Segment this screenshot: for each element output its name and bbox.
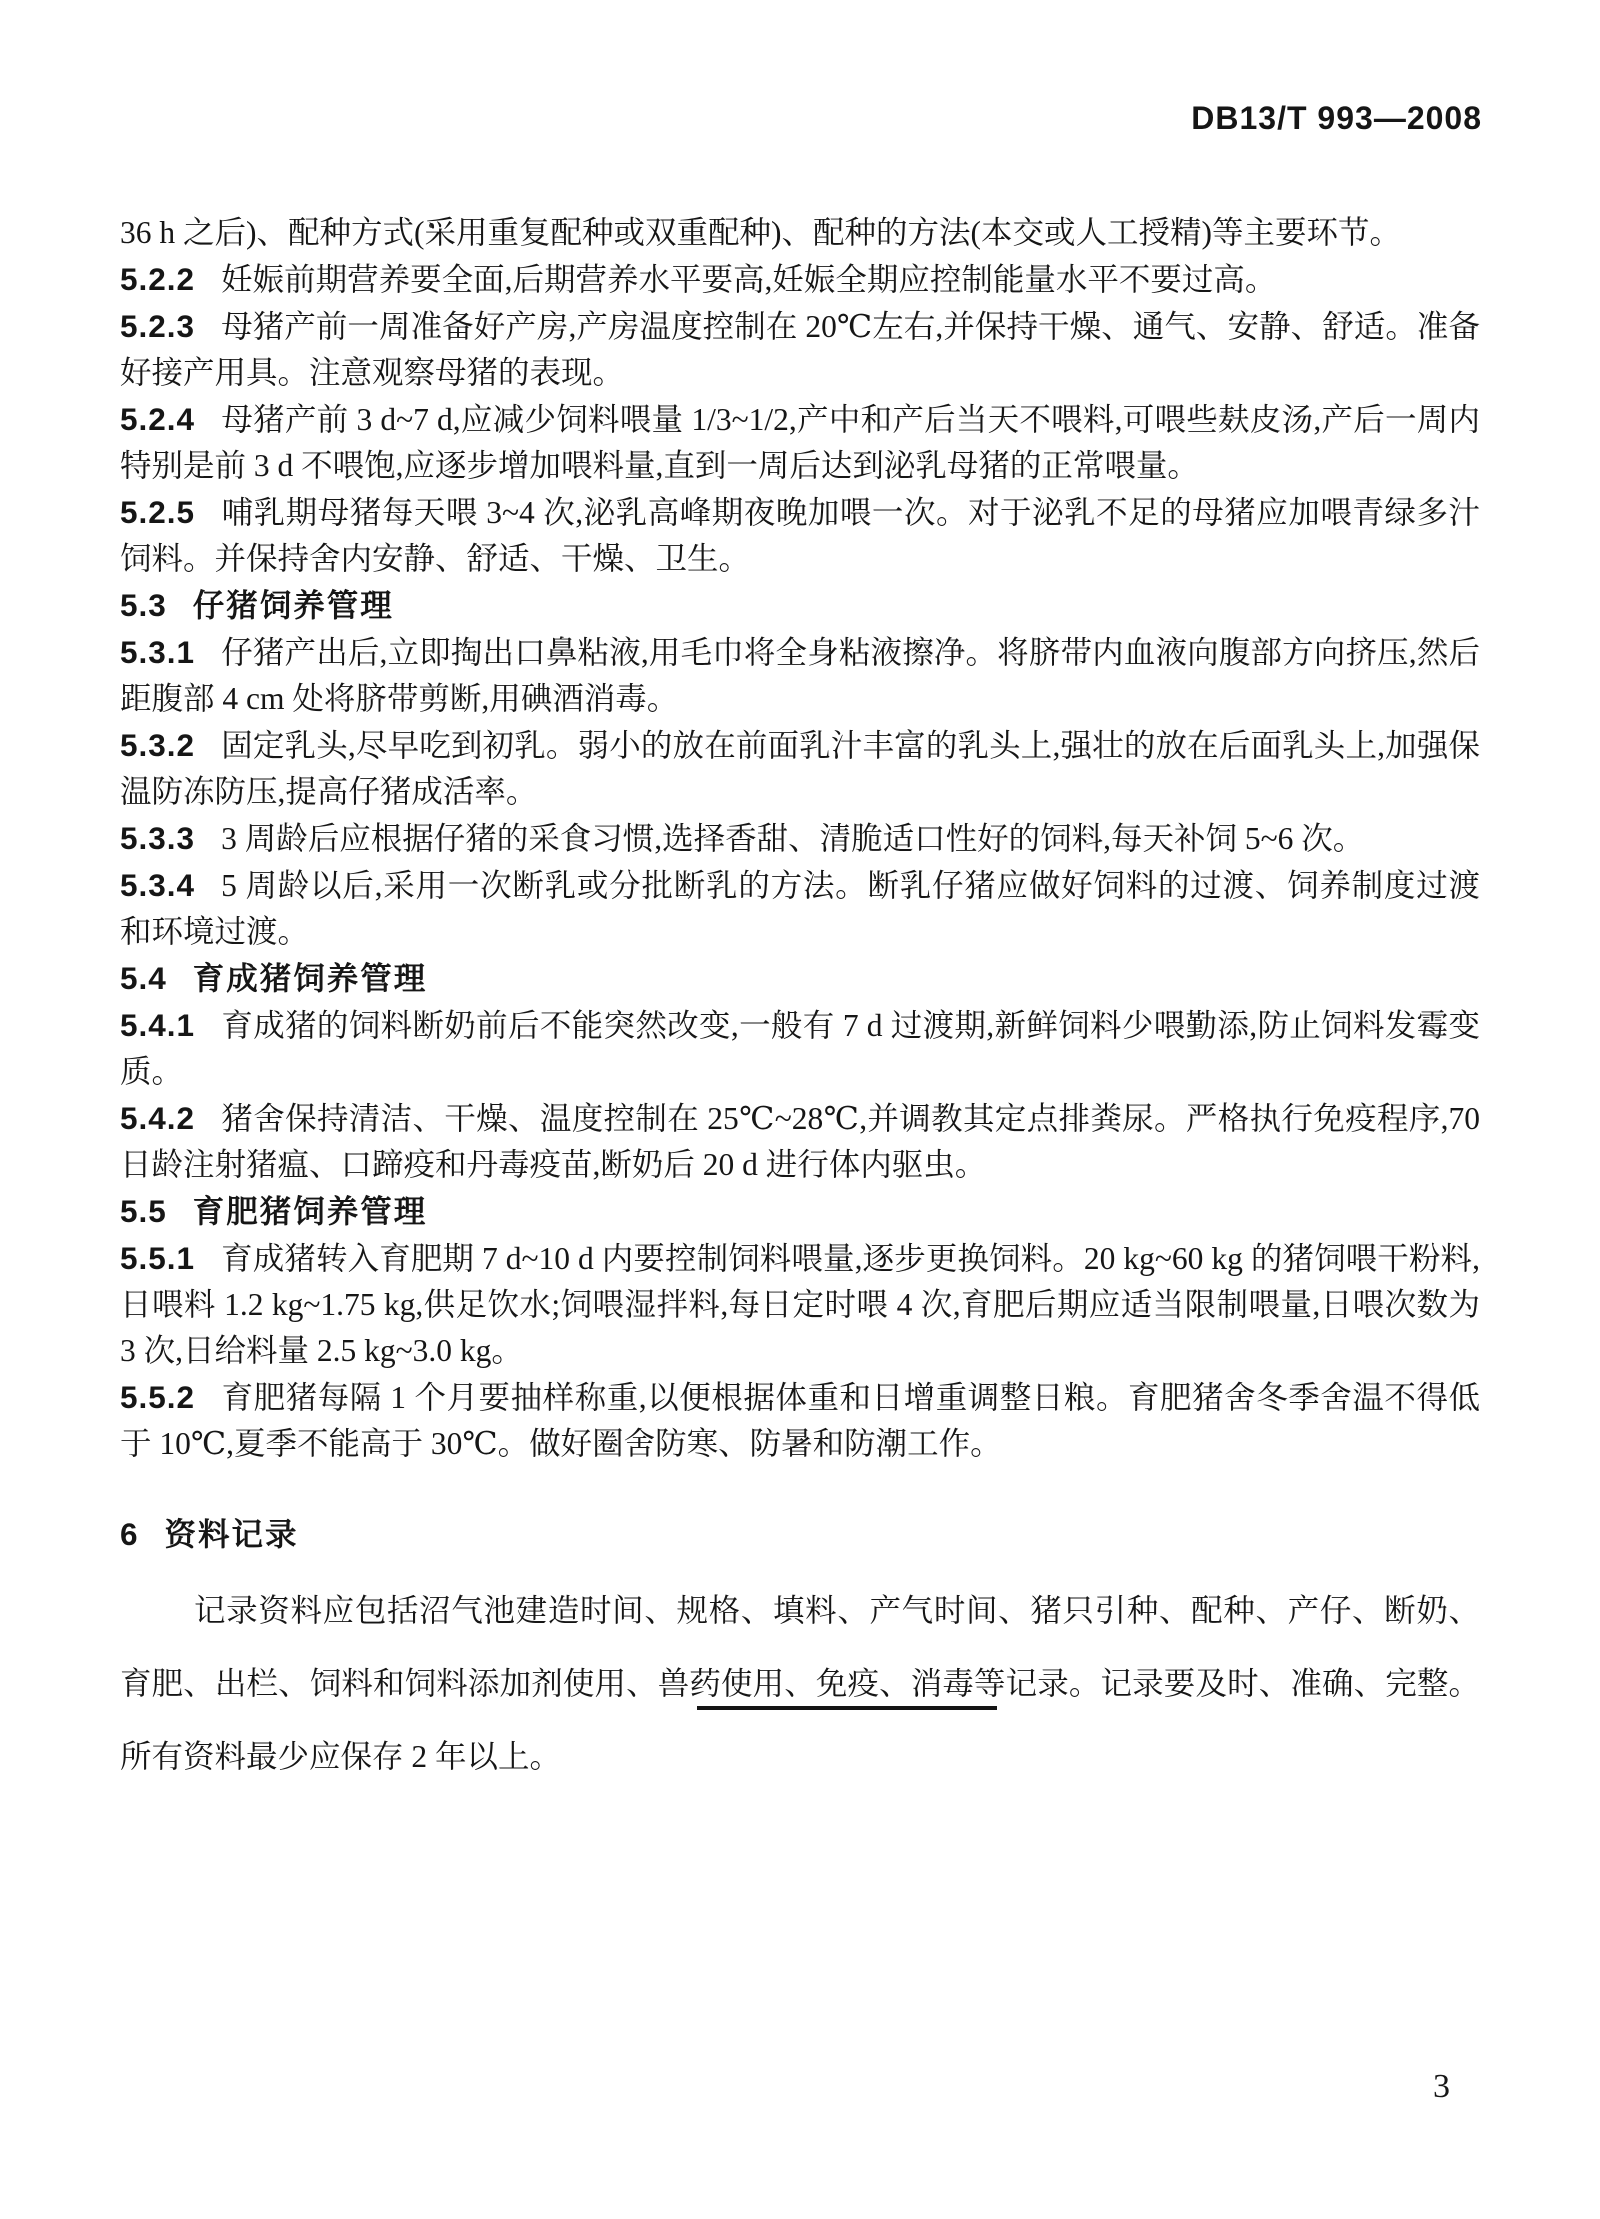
paragraph: 5.3.33 周龄后应根据仔猪的采食习惯,选择香甜、清脆适口性好的饲料,每天补饲…: [120, 815, 1480, 862]
clause-number: 5.3.1: [120, 634, 195, 670]
paragraph: 5.2.4母猪产前 3 d~7 d,应减少饲料喂量 1/3~1/2,产中和产后当…: [120, 396, 1480, 489]
clause-text: 育肥猪饲养管理: [193, 1193, 428, 1229]
clause-number: 5.3: [120, 587, 167, 623]
clause-text: 育成猪转入育肥期 7 d~10 d 内要控制饲料喂量,逐步更换饲料。20 kg~…: [120, 1241, 1480, 1368]
paragraph: 5.5.1育成猪转入育肥期 7 d~10 d 内要控制饲料喂量,逐步更换饲料。2…: [120, 1235, 1480, 1374]
paragraph: 5.3.2固定乳头,尽早吃到初乳。弱小的放在前面乳汁丰富的乳头上,强壮的放在后面…: [120, 722, 1480, 815]
clause-text: 母猪产前 3 d~7 d,应减少饲料喂量 1/3~1/2,产中和产后当天不喂料,…: [120, 402, 1480, 483]
paragraph: 5.4.1育成猪的饲料断奶前后不能突然改变,一般有 7 d 过渡期,新鲜饲料少喂…: [120, 1002, 1480, 1095]
doc-number-header: DB13/T 993—2008: [1191, 100, 1482, 137]
clause-text: 育成猪的饲料断奶前后不能突然改变,一般有 7 d 过渡期,新鲜饲料少喂勤添,防止…: [120, 1008, 1480, 1089]
document-page: DB13/T 993—2008 36 h 之后)、配种方式(采用重复配种或双重配…: [0, 0, 1600, 2219]
clause-number: 5.3.3: [120, 820, 195, 856]
clause-text: 猪舍保持清洁、干燥、温度控制在 25℃~28℃,并调教其定点排粪尿。严格执行免疫…: [120, 1101, 1480, 1182]
clause-number: 5.2.4: [120, 401, 195, 437]
clause-number: 5.5.1: [120, 1240, 195, 1276]
clause-text: 固定乳头,尽早吃到初乳。弱小的放在前面乳汁丰富的乳头上,强壮的放在后面乳头上,加…: [120, 728, 1480, 809]
clause-text: 妊娠前期营养要全面,后期营养水平要高,妊娠全期应控制能量水平不要过高。: [221, 262, 1276, 297]
clause-text: 记录资料应包括沼气池建造时间、规格、填料、产气时间、猪只引种、配种、产仔、断奶、…: [120, 1593, 1480, 1774]
clause-number: 5.4: [120, 960, 167, 996]
clause-text: 资料记录: [165, 1516, 299, 1552]
clause-number: 5.2.3: [120, 308, 195, 344]
clause-number: 5.5.2: [120, 1379, 195, 1415]
paragraph: 记录资料应包括沼气池建造时间、规格、填料、产气时间、猪只引种、配种、产仔、断奶、…: [120, 1574, 1480, 1793]
clause-number: 5.3.2: [120, 727, 195, 763]
clause-number: 6: [120, 1516, 139, 1552]
clause-text: 仔猪产出后,立即掏出口鼻粘液,用毛巾将全身粘液擦净。将脐带内血液向腹部方向挤压,…: [120, 635, 1480, 716]
paragraph: 5.5.2育肥猪每隔 1 个月要抽样称重,以便根据体重和日增重调整日粮。育肥猪舍…: [120, 1374, 1480, 1467]
paragraph: 5.2.2妊娠前期营养要全面,后期营养水平要高,妊娠全期应控制能量水平不要过高。: [120, 256, 1480, 303]
section-heading: 5.3仔猪饲养管理: [120, 582, 1480, 629]
clause-number: 5.4.2: [120, 1100, 195, 1136]
clause-number: 5.4.1: [120, 1007, 195, 1043]
clause-text: 母猪产前一周准备好产房,产房温度控制在 20℃左右,并保持干燥、通气、安静、舒适…: [120, 309, 1480, 390]
section-heading: 5.4育成猪饲养管理: [120, 955, 1480, 1002]
paragraph: 5.2.3母猪产前一周准备好产房,产房温度控制在 20℃左右,并保持干燥、通气、…: [120, 303, 1480, 396]
clause-text: 育肥猪每隔 1 个月要抽样称重,以便根据体重和日增重调整日粮。育肥猪舍冬季舍温不…: [120, 1380, 1480, 1461]
clause-text: 仔猪饲养管理: [193, 587, 394, 623]
clause-text: 5 周龄以后,采用一次断乳或分批断乳的方法。断乳仔猪应做好饲料的过渡、饲养制度过…: [120, 868, 1480, 949]
clause-text: 3 周龄后应根据仔猪的采食习惯,选择香甜、清脆适口性好的饲料,每天补饲 5~6 …: [221, 821, 1364, 856]
end-of-text-divider: [697, 1706, 997, 1710]
paragraph: 36 h 之后)、配种方式(采用重复配种或双重配种)、配种的方法(本交或人工授精…: [120, 210, 1480, 256]
clause-number: 5.2.5: [120, 494, 195, 530]
section-heading: 5.5育肥猪饲养管理: [120, 1188, 1480, 1235]
clause-number: 5.5: [120, 1193, 167, 1229]
paragraph: 5.4.2猪舍保持清洁、干燥、温度控制在 25℃~28℃,并调教其定点排粪尿。严…: [120, 1095, 1480, 1188]
clause-number: 5.3.4: [120, 867, 195, 903]
clause-text: 36 h 之后)、配种方式(采用重复配种或双重配种)、配种的方法(本交或人工授精…: [120, 215, 1401, 250]
section-heading: 6资料记录: [120, 1511, 1480, 1558]
clause-number: 5.2.2: [120, 261, 195, 297]
paragraph: 5.3.1仔猪产出后,立即掏出口鼻粘液,用毛巾将全身粘液擦净。将脐带内血液向腹部…: [120, 629, 1480, 722]
paragraph: 5.2.5哺乳期母猪每天喂 3~4 次,泌乳高峰期夜晚加喂一次。对于泌乳不足的母…: [120, 489, 1480, 582]
content-column: 36 h 之后)、配种方式(采用重复配种或双重配种)、配种的方法(本交或人工授精…: [120, 210, 1480, 1793]
clause-text: 哺乳期母猪每天喂 3~4 次,泌乳高峰期夜晚加喂一次。对于泌乳不足的母猪应加喂青…: [120, 495, 1480, 576]
page-number: 3: [1433, 2068, 1450, 2106]
paragraph: 5.3.45 周龄以后,采用一次断乳或分批断乳的方法。断乳仔猪应做好饲料的过渡、…: [120, 862, 1480, 955]
clause-text: 育成猪饲养管理: [193, 960, 428, 996]
